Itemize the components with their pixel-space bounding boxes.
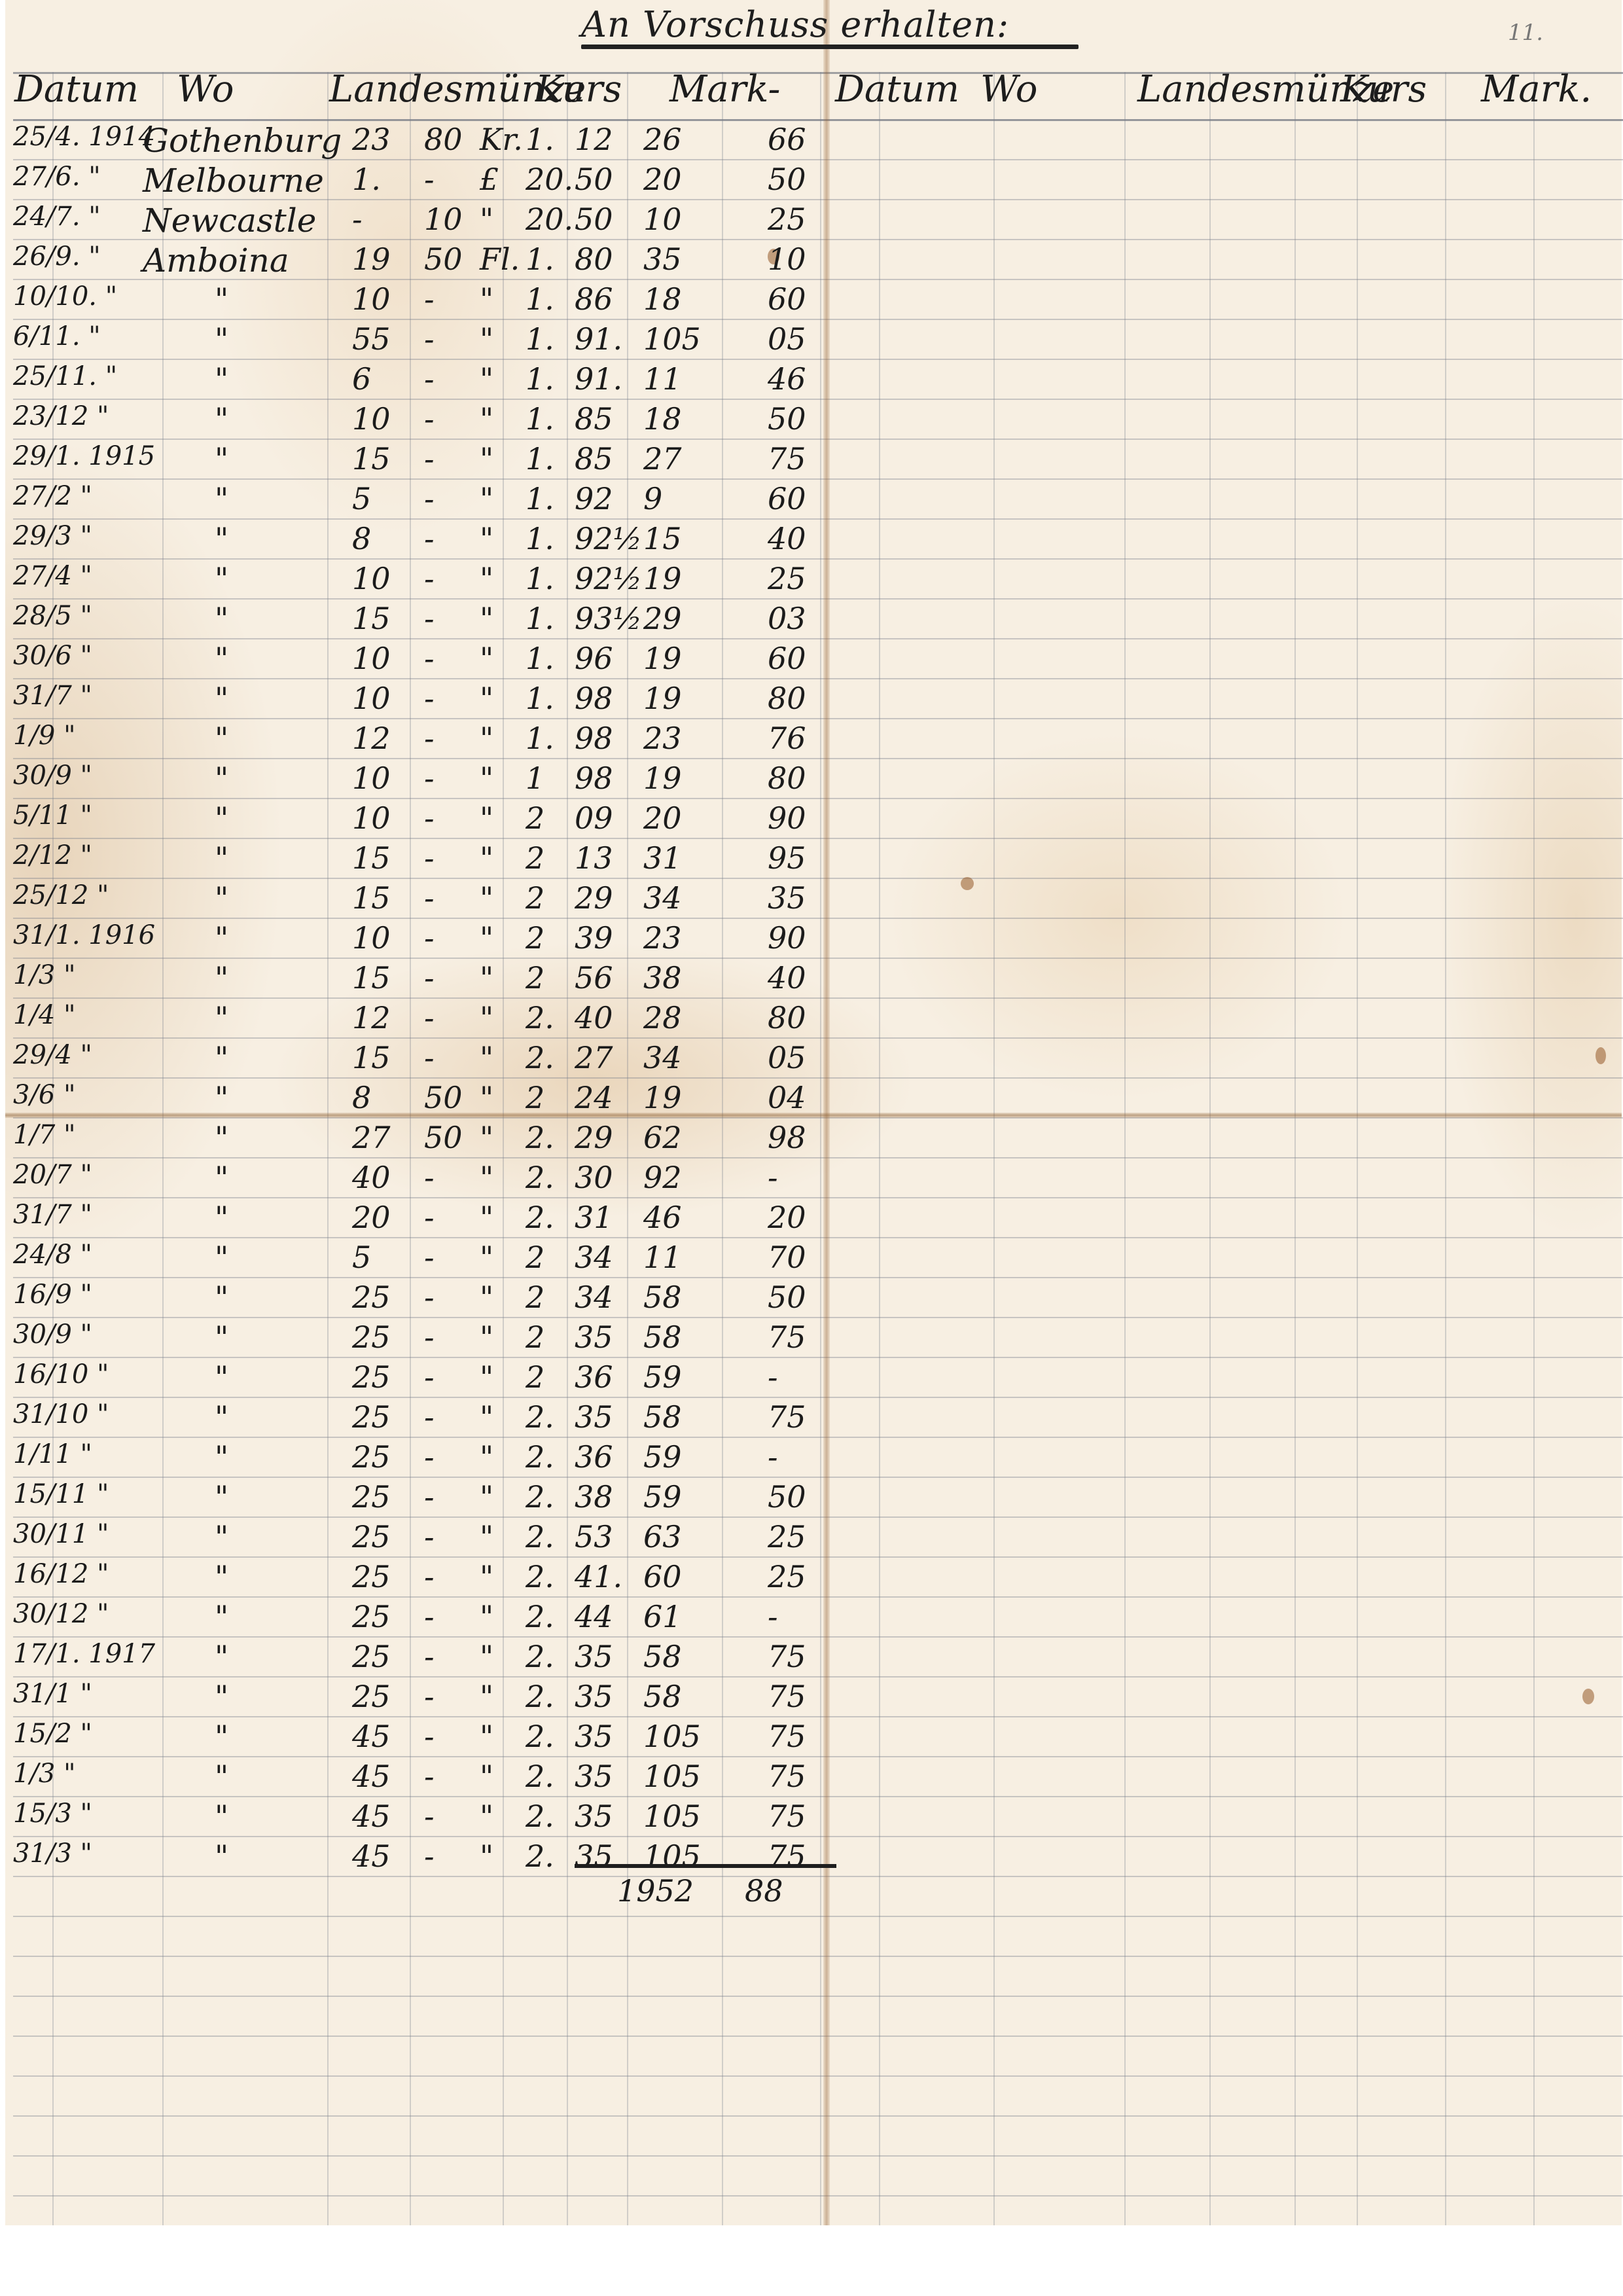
row-currency: " [480,1240,493,1275]
total-mark: 1952 [617,1873,694,1909]
row-wo: " [215,521,228,556]
row-landesmuenze-main: 19 [352,242,391,277]
row-pfennig: 76 [768,721,806,756]
row-landesmuenze-main: 6 [352,361,371,397]
row-kurs-dec: 27 [575,1040,613,1075]
row-landesmuenze-sub: - [424,1839,435,1874]
row-pfennig: 04 [768,1080,806,1115]
row-landesmuenze-sub: - [424,1240,435,1275]
row-kurs-dec: 56 [575,960,613,996]
row-kurs-dec: 85 [575,401,613,437]
row-landesmuenze-main: 40 [352,1160,391,1195]
grid-column-line [567,72,568,2225]
row-landesmuenze-main: 45 [352,1759,391,1794]
row-landesmuenze-main: 10 [352,681,391,716]
row-landesmuenze-sub: - [424,1160,435,1195]
row-mark: 61 [643,1599,682,1634]
row-wo: Gothenburg [143,122,342,160]
row-mark: 59 [643,1439,682,1475]
row-wo: " [215,1559,228,1594]
row-mark: 26 [643,122,682,157]
row-pfennig: 90 [768,800,806,836]
row-kurs-int: 2 [526,1280,544,1315]
row-mark: 19 [643,561,682,596]
row-kurs-int: 2 [526,1240,544,1275]
row-landesmuenze-sub: - [424,1559,435,1594]
row-pfennig: 80 [768,1000,806,1035]
row-mark: 58 [643,1679,682,1714]
row-landesmuenze-sub: - [424,1639,435,1674]
row-mark: 18 [643,281,682,317]
row-currency: " [480,761,493,796]
row-pfennig: 50 [768,162,806,197]
row-datum: 31/10 " [13,1399,109,1429]
row-datum: 5/11 " [13,800,92,831]
row-mark: 92 [643,1160,682,1195]
row-kurs-dec: 50 [575,202,613,237]
row-kurs-dec: 40 [575,1000,613,1035]
row-kurs-int: 2. [526,1200,554,1235]
row-currency: £ [480,162,499,197]
row-landesmuenze-sub: - [424,920,435,956]
row-kurs-int: 2. [526,1439,554,1475]
row-landesmuenze-sub: - [424,1280,435,1315]
row-kurs-int: 2 [526,840,544,876]
row-landesmuenze-main: 25 [352,1399,391,1435]
row-currency: " [480,960,493,996]
row-wo: " [215,1519,228,1554]
row-datum: 30/6 " [13,641,92,671]
row-landesmuenze-sub: - [424,561,435,596]
row-kurs-int: 1. [526,721,554,756]
grid-row-line [13,997,1623,999]
row-kurs-dec: 38 [575,1479,613,1515]
stain [1596,1047,1606,1064]
row-mark: 19 [643,1080,682,1115]
row-datum: 15/11 " [13,1479,109,1509]
row-wo: " [215,1639,228,1674]
grid-row-line [13,2075,1623,2077]
row-landesmuenze-main: 10 [352,281,391,317]
row-landesmuenze-sub: - [424,1399,435,1435]
row-datum: 27/6. " [13,162,101,192]
row-kurs-int: 2. [526,1120,554,1155]
row-landesmuenze-sub: - [424,800,435,836]
row-landesmuenze-main: 10 [352,920,391,956]
row-kurs-dec: 93½ [575,601,642,636]
row-wo: " [215,1759,228,1794]
row-landesmuenze-main: 15 [352,880,391,916]
row-kurs-int: 2 [526,800,544,836]
row-wo: Melbourne [143,162,324,200]
row-currency: " [480,561,493,596]
row-wo: " [215,1839,228,1874]
horizontal-fold [5,1113,1622,1118]
row-pfennig: 35 [768,880,806,916]
row-pfennig: 75 [768,1679,806,1714]
grid-column-line [327,72,329,2225]
grid-column-line [1533,72,1535,2225]
corner-mark: 11. [1508,20,1543,46]
row-wo: " [215,601,228,636]
row-kurs-dec: 92½ [575,561,642,596]
row-landesmuenze-main: 5 [352,1240,371,1275]
row-datum: 28/5 " [13,601,92,631]
row-pfennig: - [768,1359,778,1395]
header-datum-right: Datum [835,68,959,111]
row-currency: " [480,1120,493,1155]
row-currency: " [480,1719,493,1754]
grid-row-line [13,1556,1623,1558]
row-kurs-dec: 50 [575,162,613,197]
row-landesmuenze-main: 25 [352,1280,391,1315]
row-currency: " [480,920,493,956]
row-pfennig: - [768,1439,778,1475]
row-mark: 38 [643,960,682,996]
row-currency: " [480,321,493,357]
grid-row-line [13,2155,1623,2157]
row-currency: " [480,1040,493,1075]
grid-row-line [13,1636,1623,1638]
row-mark: 31 [643,840,682,876]
row-landesmuenze-sub: - [424,441,435,476]
grid-row-line [13,838,1623,839]
grid-row-line [13,478,1623,480]
grid-row-line [13,2036,1623,2037]
header-mark: Mark- [669,68,780,111]
row-currency: " [480,401,493,437]
row-kurs-dec: 35 [575,1839,613,1874]
row-landesmuenze-main: 10 [352,641,391,676]
row-landesmuenze-main: 12 [352,721,391,756]
row-datum: 1/11 " [13,1439,92,1469]
row-landesmuenze-main: 45 [352,1799,391,1834]
row-wo: " [215,401,228,437]
row-kurs-dec: 35 [575,1679,613,1714]
row-wo: " [215,1040,228,1075]
row-mark: 63 [643,1519,682,1554]
row-currency: " [480,601,493,636]
row-wo: " [215,1679,228,1714]
row-datum: 15/2 " [13,1719,92,1749]
row-landesmuenze-main: 15 [352,840,391,876]
row-landesmuenze-sub: - [424,681,435,716]
row-currency: " [480,481,493,516]
row-mark: 19 [643,641,682,676]
grid-row-line [13,1157,1623,1158]
row-landesmuenze-sub: - [424,162,435,197]
row-wo: " [215,361,228,397]
row-landesmuenze-main: 15 [352,1040,391,1075]
row-datum: 29/3 " [13,521,92,551]
row-datum: 31/3 " [13,1839,92,1869]
row-landesmuenze-sub: - [424,521,435,556]
row-wo: " [215,321,228,357]
row-kurs-int: 2. [526,1160,554,1195]
row-kurs-dec: 41. [575,1559,622,1594]
row-currency: " [480,1799,493,1834]
row-datum: 3/6 " [13,1080,76,1110]
grid-row-line [13,718,1623,719]
row-currency: " [480,1479,493,1515]
row-landesmuenze-main: 25 [352,1679,391,1714]
header-mark-right: Mark. [1481,68,1592,111]
row-landesmuenze-sub: - [424,1200,435,1235]
row-pfennig: 50 [768,1280,806,1315]
row-kurs-int: 2 [526,960,544,996]
row-wo: " [215,721,228,756]
row-landesmuenze-main: 15 [352,601,391,636]
row-currency: " [480,1759,493,1794]
row-mark: 18 [643,401,682,437]
row-mark: 59 [643,1479,682,1515]
row-wo: " [215,1280,228,1315]
grid-row-line [13,439,1623,440]
row-kurs-dec: 98 [575,681,613,716]
row-landesmuenze-sub: 50 [424,1120,463,1155]
header-kurs-right: Kurs [1340,68,1427,111]
row-pfennig: 75 [768,1719,806,1754]
row-landesmuenze-main: 5 [352,481,371,516]
row-currency: " [480,1280,493,1315]
row-kurs-int: 2. [526,1679,554,1714]
grid-row-line [13,399,1623,400]
row-kurs-dec: 29 [575,880,613,916]
row-pfennig: 05 [768,321,806,357]
row-landesmuenze-main: 23 [352,122,391,157]
row-wo: " [215,960,228,996]
row-currency: " [480,1319,493,1355]
row-kurs-int: 2. [526,1399,554,1435]
grid-row-line [13,558,1623,560]
row-kurs-int: 1. [526,281,554,317]
grid-column-line [503,72,504,2225]
row-mark: 23 [643,920,682,956]
row-kurs-int: 2. [526,1559,554,1594]
row-kurs-int: 1. [526,561,554,596]
row-datum: 16/9 " [13,1280,92,1310]
row-landesmuenze-sub: - [424,481,435,516]
row-kurs-dec: 36 [575,1359,613,1395]
row-landesmuenze-main: 10 [352,800,391,836]
row-kurs-int: 20. [526,202,573,237]
row-mark: 58 [643,1399,682,1435]
row-landesmuenze-sub: - [424,281,435,317]
row-currency: Kr. [480,122,523,157]
row-kurs-int: 2 [526,1359,544,1395]
row-datum: 27/4 " [13,561,92,591]
grid-row-line [13,1037,1623,1039]
row-datum: 31/1. 1916 [13,920,155,950]
row-mark: 105 [643,1799,701,1834]
row-wo: " [215,1000,228,1035]
grid-row-line [13,1716,1623,1717]
row-wo: " [215,761,228,796]
row-datum: 2/12 " [13,840,92,870]
row-currency: " [480,1559,493,1594]
row-pfennig: 75 [768,1839,806,1874]
row-kurs-int: 1. [526,601,554,636]
row-kurs-int: 1. [526,242,554,277]
grid-row-line [13,758,1623,759]
grid-row-line [13,1237,1623,1238]
row-currency: " [480,721,493,756]
row-landesmuenze-sub: - [424,840,435,876]
row-landesmuenze-sub: - [424,1359,435,1395]
row-mark: 10 [643,202,682,237]
row-mark: 11 [643,361,682,397]
row-pfennig: 05 [768,1040,806,1075]
row-wo: " [215,1240,228,1275]
row-kurs-int: 2 [526,880,544,916]
row-kurs-int: 1. [526,521,554,556]
row-pfennig: 50 [768,401,806,437]
row-landesmuenze-main: 20 [352,1200,391,1235]
row-pfennig: 75 [768,1319,806,1355]
row-currency: " [480,1160,493,1195]
row-kurs-int: 2 [526,920,544,956]
row-landesmuenze-sub: - [424,1599,435,1634]
row-pfennig: 25 [768,1559,806,1594]
row-kurs-dec: 35 [575,1639,613,1674]
row-kurs-int: 1. [526,321,554,357]
row-kurs-dec: 85 [575,441,613,476]
row-datum: 31/1 " [13,1679,92,1709]
row-kurs-int: 2. [526,1839,554,1874]
row-kurs-dec: 36 [575,1439,613,1475]
row-kurs-dec: 35 [575,1319,613,1355]
total-pfennig: 88 [745,1873,783,1909]
row-pfennig: 75 [768,1759,806,1794]
row-datum: 30/12 " [13,1599,109,1629]
row-kurs-dec: 80 [575,242,613,277]
grid-column-line [879,72,880,2225]
row-datum: 15/3 " [13,1799,92,1829]
row-datum: 25/11. " [13,361,117,391]
row-kurs-int: 2. [526,1040,554,1075]
grid-column-line [410,72,411,2225]
grid-row-line [13,638,1623,639]
row-landesmuenze-main: 25 [352,1439,391,1475]
row-pfennig: 75 [768,441,806,476]
row-kurs-int: 1. [526,681,554,716]
row-pfennig: 60 [768,641,806,676]
grid-column-line [1445,72,1446,2225]
row-kurs-int: 1. [526,641,554,676]
row-wo: " [215,1200,228,1235]
row-wo: " [215,1799,228,1834]
row-wo: " [215,281,228,317]
row-datum: 1/4 " [13,1000,76,1030]
row-currency: " [480,681,493,716]
header-wo-right: Wo [980,68,1037,111]
row-landesmuenze-sub: - [424,1319,435,1355]
row-mark: 46 [643,1200,682,1235]
grid-row-line [13,598,1623,600]
row-mark: 20 [643,162,682,197]
row-mark: 29 [643,601,682,636]
row-datum: 17/1. 1917 [13,1639,155,1669]
row-kurs-int: 2. [526,1639,554,1674]
grid-row-line [13,1676,1623,1677]
row-pfennig: 50 [768,1479,806,1515]
row-datum: 29/1. 1915 [13,441,155,471]
row-landesmuenze-main: 25 [352,1359,391,1395]
row-wo: Newcastle [143,202,316,240]
grid-row-line [13,1077,1623,1079]
row-currency: " [480,1439,493,1475]
grid-row-line [13,518,1623,520]
row-kurs-dec: 44 [575,1599,613,1634]
row-landesmuenze-main: 25 [352,1639,391,1674]
row-currency: " [480,1200,493,1235]
row-mark: 27 [643,441,682,476]
row-wo: " [215,1719,228,1754]
row-mark: 20 [643,800,682,836]
row-datum: 1/3 " [13,960,76,990]
row-landesmuenze-main: 25 [352,1479,391,1515]
row-kurs-int: 2. [526,1719,554,1754]
grid-row-line [13,319,1623,320]
row-datum: 25/4. 1914 [13,122,155,152]
title-underline [581,45,1079,49]
grid-row-line [13,1916,1623,1917]
row-kurs-dec: 24 [575,1080,613,1115]
grid-column-line [1209,72,1211,2225]
row-landesmuenze-sub: 50 [424,242,463,277]
row-kurs-dec: 35 [575,1759,613,1794]
row-kurs-dec: 09 [575,800,613,836]
grid-row-line [13,678,1623,679]
grid-row-line [13,878,1623,879]
grid-row-line [13,2115,1623,2117]
row-landesmuenze-main: 25 [352,1599,391,1634]
row-kurs-int: 1. [526,361,554,397]
row-mark: 19 [643,681,682,716]
row-landesmuenze-sub: - [424,960,435,996]
row-wo: " [215,1319,228,1355]
row-kurs-dec: 29 [575,1120,613,1155]
row-kurs-int: 1. [526,481,554,516]
row-pfennig: 03 [768,601,806,636]
header-datum: Datum [14,68,139,111]
row-pfennig: 25 [768,1519,806,1554]
row-landesmuenze-sub: - [424,401,435,437]
row-pfennig: 40 [768,521,806,556]
grid-row-line [13,1277,1623,1278]
row-wo: Amboina [143,242,289,279]
row-pfennig: 75 [768,1399,806,1435]
row-currency: " [480,1399,493,1435]
row-datum: 1/7 " [13,1120,76,1150]
row-pfennig: 10 [768,242,806,277]
row-kurs-int: 2. [526,1000,554,1035]
row-pfennig: 95 [768,840,806,876]
row-kurs-dec: 92 [575,481,613,516]
row-landesmuenze-sub: - [424,1040,435,1075]
row-landesmuenze-sub: - [424,761,435,796]
row-kurs-dec: 35 [575,1719,613,1754]
row-kurs-dec: 98 [575,761,613,796]
row-datum: 26/9. " [13,242,101,272]
row-kurs-dec: 92½ [575,521,642,556]
row-pfennig: 98 [768,1120,806,1155]
row-kurs-int: 1. [526,441,554,476]
row-landesmuenze-sub: - [424,1719,435,1754]
grid-column-line [722,72,723,2225]
row-wo: " [215,920,228,956]
row-landesmuenze-sub: - [424,1759,435,1794]
